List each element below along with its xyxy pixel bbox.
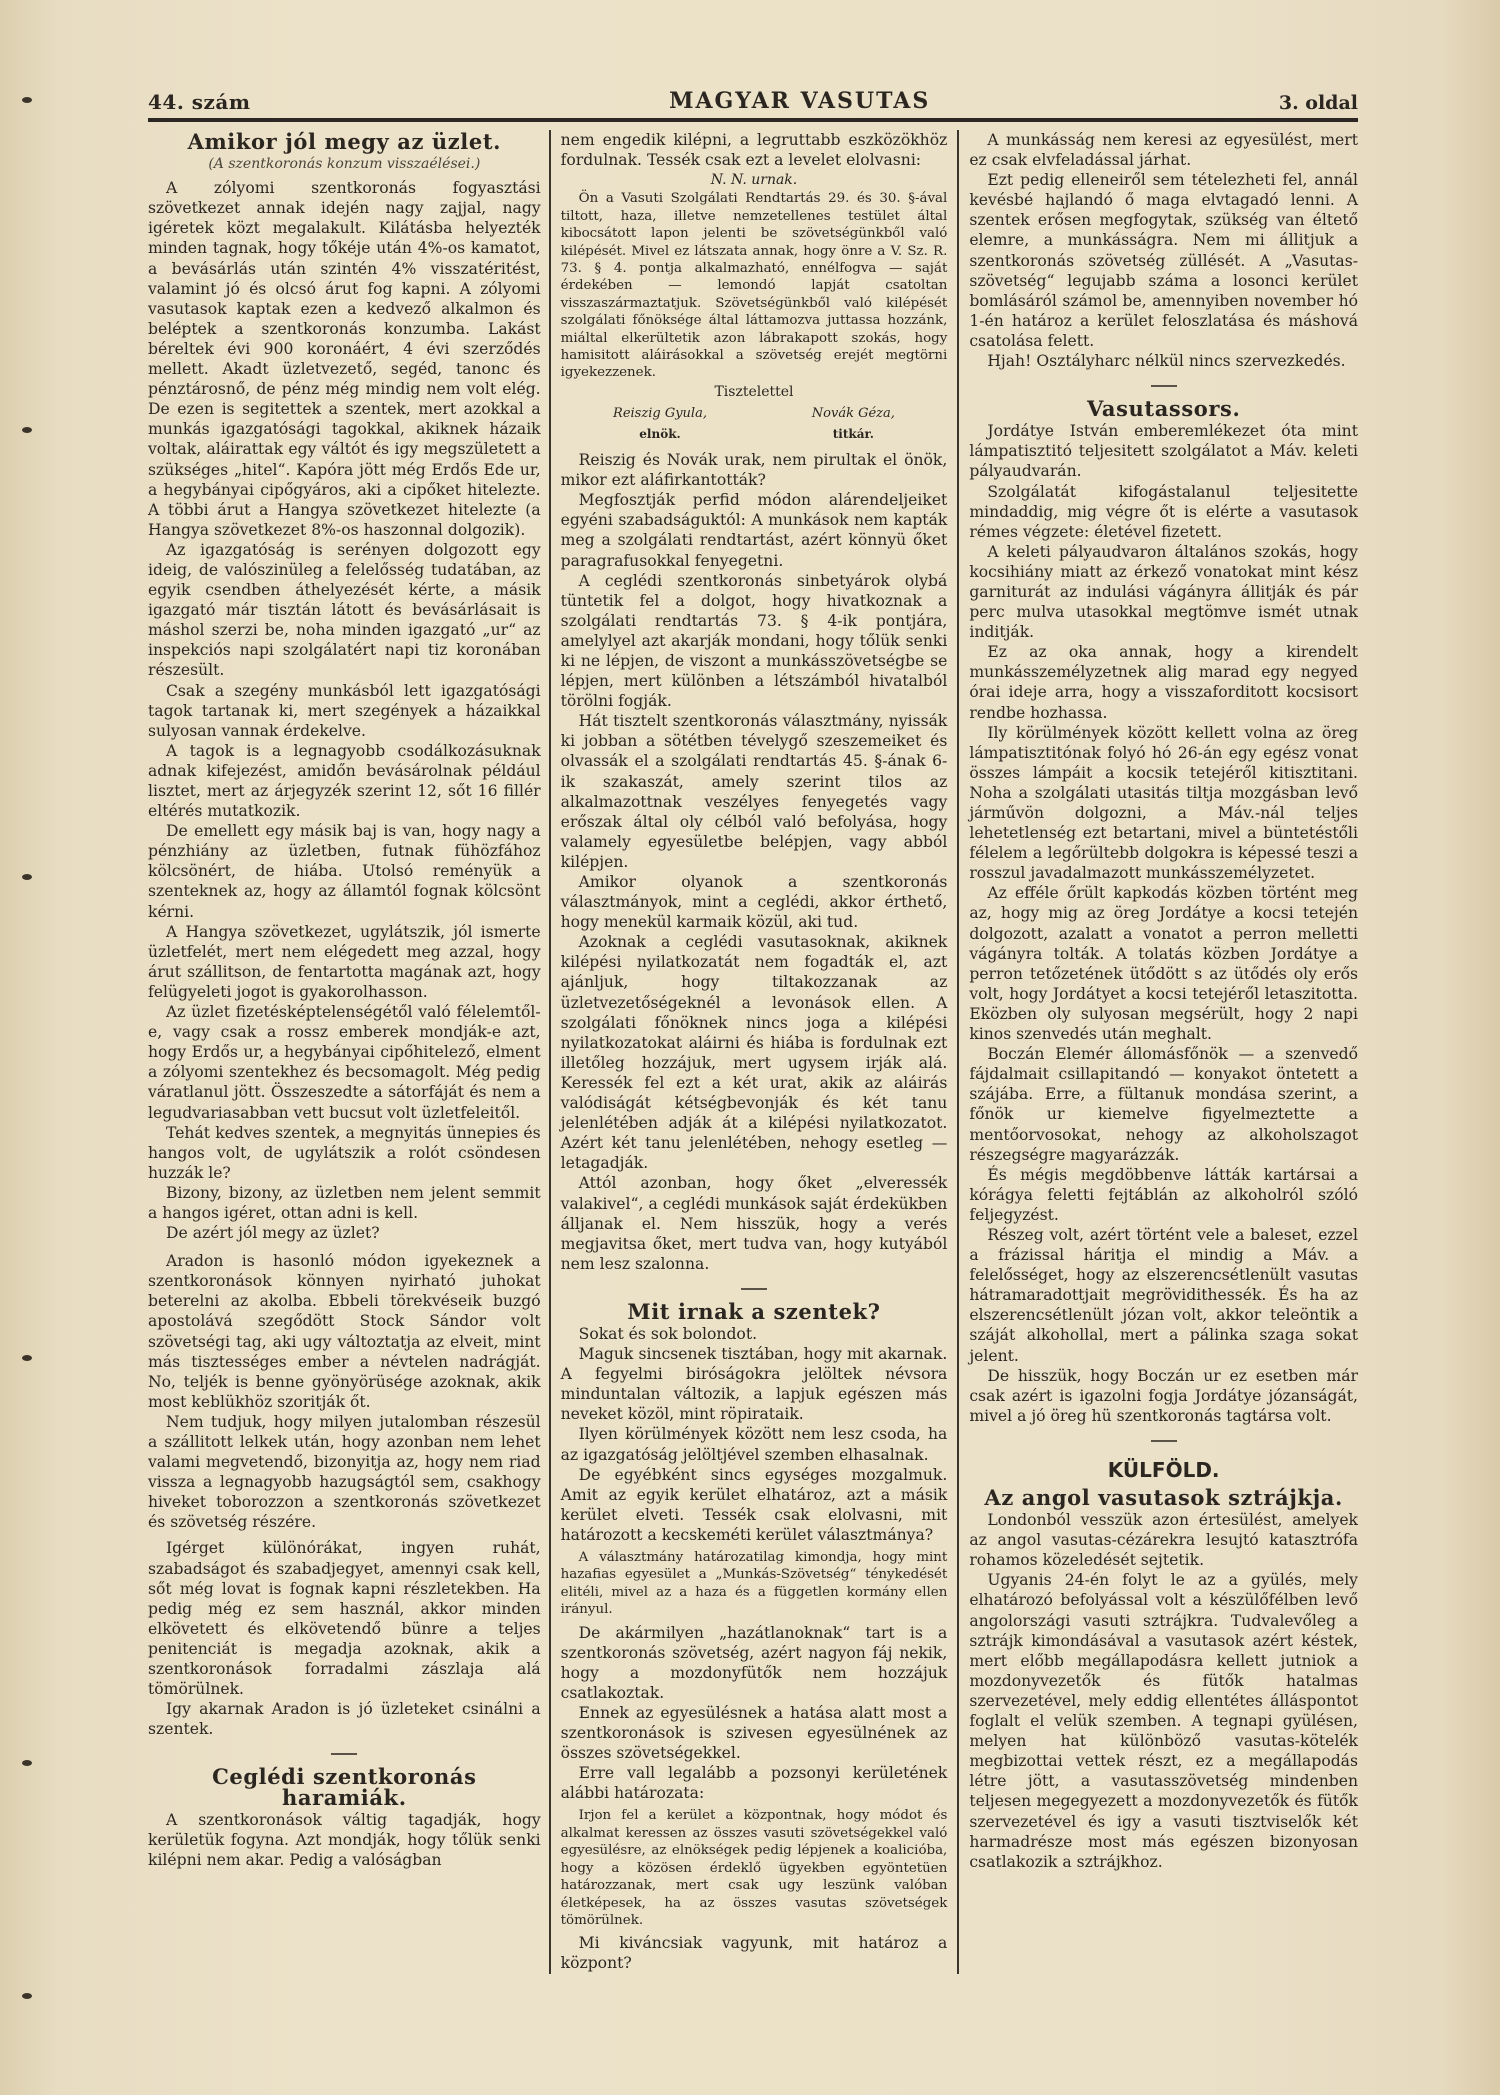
paragraph: Boczán Elemér állomásfőnök — a szenvedő … [969, 1044, 1358, 1165]
column-2: nem engedik kilépni, a legruttabb eszköz… [549, 130, 960, 1974]
paragraph: Szolgálatát kifogástalanul teljesitette … [969, 482, 1358, 542]
paragraph: De azért jól megy az üzlet? [148, 1223, 541, 1243]
issue-number: 44. szám [148, 90, 251, 114]
paragraph: Igy akarnak Aradon is jó üzleteket csiná… [148, 1699, 541, 1739]
paragraph: Részeg volt, azért történt vele a balese… [969, 1225, 1358, 1366]
paragraph: Hát tisztelt szentkoronás választmány, n… [561, 711, 948, 872]
signature-role: titkár. [812, 424, 895, 444]
paragraph: De emellett egy másik baj is van, hogy n… [148, 821, 541, 921]
paragraph: A keleti pályaudvaron általános szokás, … [969, 542, 1358, 642]
signature-role: elnök. [613, 424, 707, 444]
signatures: Reiszig Gyula, elnök. Novák Géza, titkár… [561, 404, 948, 444]
paragraph: Hjah! Osztályharc nélkül nincs szervezke… [969, 351, 1358, 371]
section-heading: KÜLFÖLD. [969, 1460, 1358, 1480]
paragraph: Az üzlet fizetésképtelenségétől való fél… [148, 1002, 541, 1123]
margin-mark [22, 874, 32, 880]
paragraph: nem engedik kilépni, a legruttabb eszköz… [561, 130, 948, 170]
section-separator [1151, 385, 1177, 387]
paragraph: A tagok is a legnagyobb csodálkozásuknak… [148, 741, 541, 821]
newspaper-page: 44. szám MAGYAR VASUTAS 3. oldal Amikor … [148, 80, 1358, 1974]
columns: Amikor jól megy az üzlet. (A szentkoroná… [148, 130, 1358, 1974]
quoted-resolution: A választmány határozatilag kimondja, ho… [561, 1549, 948, 1619]
article-title: Mit irnak a szentek? [561, 1302, 948, 1322]
page-number: 3. oldal [1279, 92, 1358, 114]
paragraph: Csak a szegény munkásból lett igazgatósá… [148, 681, 541, 741]
paragraph: Sokat és sok bolondot. [561, 1324, 948, 1344]
masthead-title: MAGYAR VASUTAS [669, 88, 930, 114]
paragraph: Tehát kedves szentek, a megnyitás ünnepi… [148, 1123, 541, 1183]
paragraph: Azoknak a ceglédi vasutasoknak, akiknek … [561, 932, 948, 1173]
margin-mark [22, 1355, 32, 1361]
signature-name: Novák Géza, [812, 404, 895, 424]
column-3: A munkásság nem keresi az egyesülést, me… [959, 130, 1358, 1974]
paragraph: Ily körülmények között kellett volna az … [969, 723, 1358, 884]
margin-mark [22, 97, 32, 103]
paragraph: Ugyanis 24-én folyt le az a gyülés, mely… [969, 1570, 1358, 1871]
article-subtitle: (A szentkoronás konzum visszaélései.) [148, 154, 541, 174]
paragraph: A zólyomi szentkoronás fogyasztási szöve… [148, 178, 541, 540]
paragraph: A munkásság nem keresi az egyesülést, me… [969, 130, 1358, 170]
paragraph: Ezt pedig elleneiről sem tételezheti fel… [969, 170, 1358, 351]
section-separator [1151, 1440, 1177, 1442]
quoted-resolution: Irjon fel a kerület a központnak, hogy m… [561, 1807, 948, 1929]
paragraph: Maguk sincsenek tisztában, hogy mit akar… [561, 1344, 948, 1424]
paragraph: Ez az oka annak, hogy a kirendelt munkás… [969, 642, 1358, 722]
letter-closing: Tisztelettel [561, 382, 948, 402]
paragraph: Erre vall legalább a pozsonyi kerületéne… [561, 1763, 948, 1803]
paragraph: Az efféle őrült kapkodás közben történt … [969, 883, 1358, 1044]
signature: Novák Géza, titkár. [812, 404, 895, 444]
paragraph: A szentkoronások váltig tagadják, hogy k… [148, 1810, 541, 1870]
paragraph: Bizony, bizony, az üzletben nem jelent s… [148, 1183, 541, 1223]
paragraph: De hisszük, hogy Boczán ur ez esetben má… [969, 1366, 1358, 1426]
column-1: Amikor jól megy az üzlet. (A szentkoroná… [148, 130, 549, 1974]
paragraph: Mi kiváncsiak vagyunk, mit határoz a köz… [561, 1933, 948, 1973]
margin-mark [22, 427, 32, 433]
paragraph: Ilyen körülmények között nem lesz csoda,… [561, 1424, 948, 1464]
paragraph: De egyébként sincs egységes mozgalmuk. A… [561, 1465, 948, 1545]
article-title: Az angol vasutasok sztrájkja. [969, 1488, 1358, 1508]
section-separator [331, 1753, 357, 1755]
paragraph: Az igazgatóság is serényen dolgozott egy… [148, 540, 541, 681]
margin-mark [22, 1760, 32, 1766]
paragraph: Reiszig és Novák urak, nem pirultak el ö… [561, 450, 948, 490]
paragraph: Londonból vesszük azon értesülést, amely… [969, 1510, 1358, 1570]
paragraph: Amikor olyanok a szentkoronás választmán… [561, 872, 948, 932]
signature: Reiszig Gyula, elnök. [613, 404, 707, 444]
paragraph: Nem tudjuk, hogy milyen jutalomban része… [148, 1412, 541, 1533]
paragraph: Megfosztják perfid módon alárendeljeiket… [561, 490, 948, 570]
letter-salutation: N. N. urnak. [561, 170, 948, 190]
paragraph: Igérget különórákat, ingyen ruhát, szaba… [148, 1538, 541, 1699]
letter-body: Ön a Vasuti Szolgálati Rendtartás 29. és… [561, 190, 948, 381]
paragraph: És mégis megdöbbenve látták kartársai a … [969, 1165, 1358, 1225]
article-title: Vasutassors. [969, 399, 1358, 419]
paragraph: Attól azonban, hogy őket „elveressék val… [561, 1173, 948, 1273]
paragraph: Aradon is hasonló módon igyekeznek a sze… [148, 1251, 541, 1412]
paragraph: De akármilyen „hazátlanoknak“ tart is a … [561, 1623, 948, 1703]
header-rule [148, 118, 1358, 122]
paragraph: Ennek az egyesülésnek a hatása alatt mos… [561, 1703, 948, 1763]
signature-name: Reiszig Gyula, [613, 404, 707, 424]
running-head: 44. szám MAGYAR VASUTAS 3. oldal [148, 80, 1358, 114]
paragraph: A ceglédi szentkoronás sinbetyárok olybá… [561, 571, 948, 712]
article-title: Ceglédi szentkoronás haramiák. [148, 1767, 541, 1807]
paragraph: Jordátye István emberemlékezet óta mint … [969, 421, 1358, 481]
section-separator [741, 1288, 767, 1290]
margin-mark [22, 1993, 32, 1999]
paragraph: A Hangya szövetkezet, ugylátszik, jól is… [148, 922, 541, 1002]
article-title: Amikor jól megy az üzlet. [148, 132, 541, 152]
